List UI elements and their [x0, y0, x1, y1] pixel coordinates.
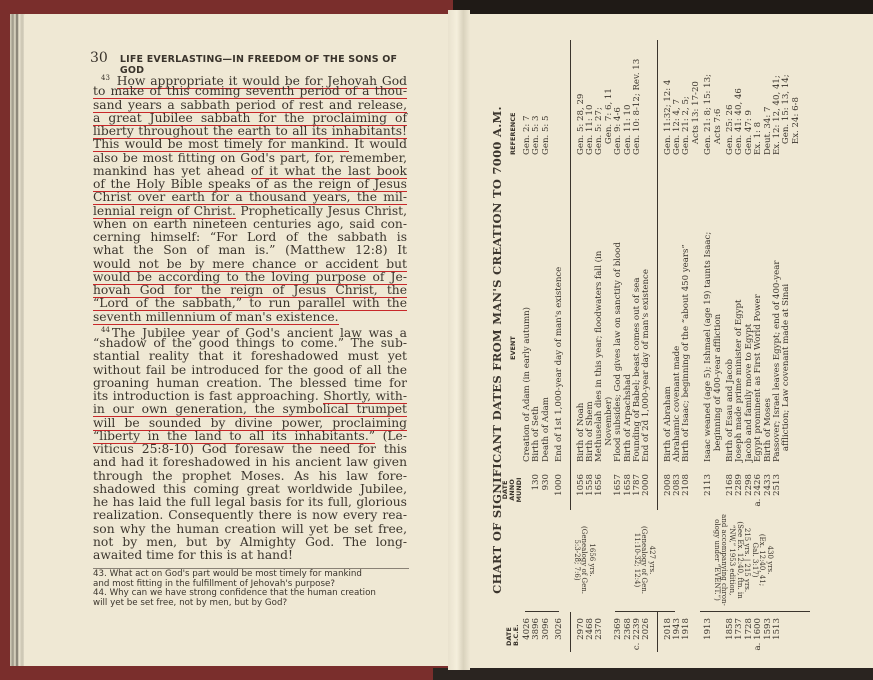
table-row: 20262000End of 2d 1,000-year day of man'…: [642, 40, 651, 660]
header-reference: REFERENCE: [510, 113, 517, 155]
text-line: would be according to the loving purpose…: [93, 271, 407, 284]
section-divider: [565, 40, 577, 660]
reference: Acts 7:6: [714, 40, 723, 155]
book-gutter: [448, 10, 470, 670]
text-line: son why the human creation will yet be s…: [93, 523, 407, 536]
date-bce: 2026: [642, 618, 651, 658]
underlined-text: to make of this coming seventh period of…: [93, 84, 407, 99]
plain-text: awaited time for this is at hand!: [93, 548, 293, 562]
text-line: 43 How appropriate it would be for Jehov…: [93, 72, 407, 85]
chart-title: CHART OF SIGNIFICANT DATES FROM MAN'S CR…: [490, 40, 504, 660]
event: Death of Adam: [542, 162, 551, 462]
plain-text: cerning himself: “For Lord of the sabbat…: [93, 230, 407, 244]
plain-text: not by men, but by Almighty God. The lon…: [93, 535, 407, 549]
date-am: 2513: [773, 474, 782, 510]
text-line: lennial reign of Christ. Prophetically J…: [93, 205, 407, 218]
text-line: This would be most timely for mankind. I…: [93, 138, 407, 151]
plain-text: Prophetically Jesus Christ,: [236, 204, 407, 218]
plain-text: shadowed this coming great worldwide Jub…: [93, 482, 407, 496]
text-line: through the prophet Moses. As his law fo…: [93, 470, 407, 483]
date-am: 2113: [704, 474, 713, 510]
book-shadow-top: [453, 0, 873, 14]
text-line: would not be by mere chance or accident …: [93, 258, 407, 271]
text-line: 44The Jubilee year of God's ancient law …: [93, 324, 407, 337]
header-label: B.C.E.: [513, 624, 520, 646]
date-bce: 3096: [542, 618, 551, 658]
reference: Gen. 10: 8-12; Rev. 13: [633, 40, 642, 155]
event: Birth of Isaac; beginning of the “about …: [682, 162, 691, 462]
underlined-text: seventh millennium of man's existence.: [93, 310, 339, 325]
text-line: when on earth nineteen centuries ago, sa…: [93, 218, 407, 231]
book-shadow-bottom: [433, 668, 873, 680]
reference: Ex. 24: 6-8: [792, 40, 801, 155]
plain-text: stantial reality that it foreshadowed mu…: [93, 349, 407, 363]
plain-text: he has laid the full legal basis for its…: [93, 495, 407, 509]
text-line: without fail be introduced for the good …: [93, 364, 407, 377]
text-line: shadowed this coming great worldwide Jub…: [93, 483, 407, 496]
date-bce: 1913: [704, 618, 713, 658]
text-line: in our own generation, the symbolical tr…: [93, 403, 407, 416]
text-line: viticus 25:8-10) God foresaw the need fo…: [93, 443, 407, 456]
table-row: Acts 13: 17-20: [692, 40, 701, 660]
table-row: 3096930Death of AdamGen. 5: 5: [542, 40, 551, 660]
text-line: to make of this coming seventh period of…: [93, 85, 407, 98]
chart-rows: 4026Creation of Adam (in early autumn)Ge…: [523, 40, 801, 660]
text-line: “liberty in the land to all its inhabita…: [93, 430, 407, 443]
text-line: realization. Consequently there is now e…: [93, 509, 407, 522]
plain-text: It would: [349, 137, 407, 151]
plain-text: through the prophet Moses. As his law fo…: [93, 469, 407, 483]
question-line: will yet be set free, not by men, but by…: [93, 599, 409, 609]
date-am: 930: [542, 474, 551, 510]
header-anno-mundi: DATE ANNO MUNDI: [502, 470, 523, 510]
text-line: he has laid the full legal basis for its…: [93, 496, 407, 509]
header-label: ANNO MUNDI: [509, 470, 523, 510]
plain-text: its introduction is fast approaching.: [93, 389, 323, 403]
event: beginning of 400-year affliction: [714, 162, 723, 462]
text-line: and had it foreshadowed in his ancient l…: [93, 456, 407, 469]
text-line: mankind has yet ahead of it what the las…: [93, 165, 407, 178]
text-line: not by men, but by Almighty God. The lon…: [93, 536, 407, 549]
text-line: seventh millennium of man's existence.: [93, 311, 407, 324]
reference: Acts 13: 17-20: [692, 40, 701, 155]
plain-text: mankind has yet ahead: [93, 164, 251, 178]
study-questions: 43. What act on God's part would be most…: [93, 568, 409, 608]
plain-text: (Le-: [375, 429, 407, 443]
text-line: “shadow of the good things to come.” The…: [93, 337, 407, 350]
date-am: 1656: [595, 474, 604, 510]
text-line: also be most fitting on God's part, for,…: [93, 152, 407, 165]
body-text: 43 How appropriate it would be for Jehov…: [93, 72, 407, 562]
table-row: beginning of 400-year affliction Acts 7:…: [714, 40, 723, 660]
page-number: 30: [90, 50, 108, 66]
event: End of 2d 1,000-year day of man's existe…: [642, 162, 651, 462]
text-line: cerning himself: “For Lord of the sabbat…: [93, 231, 407, 244]
date-bce: 1513: [773, 618, 782, 658]
header-bce: DATE B.C.E.: [506, 624, 520, 646]
text-line: stantial reality that it foreshadowed mu…: [93, 350, 407, 363]
paragraph-number: 44: [101, 326, 110, 334]
event: affliction; Law covenant made at Sinai: [782, 162, 791, 462]
underlined-text: “Lord of the sabbath,” to run parallel w…: [93, 296, 407, 311]
plain-text: what the Son of man is.” (Matthew 12:8) …: [93, 243, 407, 257]
text-line: its introduction is fast approaching. Sh…: [93, 390, 407, 403]
date-bce: 3026: [555, 618, 564, 658]
section-divider: [652, 40, 664, 660]
event: End of 1st 1,000-year day of man's exist…: [555, 162, 564, 462]
table-row: Ex. 24: 6-8: [792, 40, 801, 660]
plain-text: without fail be introduced for the good …: [93, 363, 407, 377]
text-line: what the Son of man is.” (Matthew 12:8) …: [93, 244, 407, 257]
text-line: “Lord of the sabbath,” to run parallel w…: [93, 297, 407, 310]
date-bce: 1918: [682, 618, 691, 658]
plain-text: when on earth nineteen centuries ago, sa…: [93, 217, 407, 231]
header-event: EVENT: [510, 336, 517, 360]
paragraph-number: 43: [101, 74, 110, 82]
plain-text: groaning human creation. The blessed tim…: [93, 376, 407, 390]
text-line: of the Holy Bible speaks of as the reign…: [93, 178, 407, 191]
text-line: Christ over earth for a thousand years, …: [93, 191, 407, 204]
text-line: liberty throughout the earth to all its …: [93, 125, 407, 138]
text-line: a great Jubilee sabbath for the proclaim…: [93, 112, 407, 125]
text-line: sand years a sabbath period of rest and …: [93, 99, 407, 112]
date-am: 2000: [642, 474, 651, 510]
text-line: will be sounded by divine power, proclai…: [93, 417, 407, 430]
text-line: groaning human creation. The blessed tim…: [93, 377, 407, 390]
date-am: 1000: [555, 474, 564, 510]
plain-text: viticus 25:8-10) God foresaw the need fo…: [93, 442, 407, 456]
date-am: 2108: [682, 474, 691, 510]
text-line: awaited time for this is at hand!: [93, 549, 407, 562]
reference: Gen. 5: 5: [542, 40, 551, 155]
plain-text: and had it foreshadowed in his ancient l…: [93, 455, 407, 469]
table-row: 30261000End of 1st 1,000-year day of man…: [555, 40, 564, 660]
plain-text: realization. Consequently there is now e…: [93, 508, 407, 522]
plain-text: son why the human creation will yet be s…: [93, 522, 407, 536]
text-line: hovah God for the reign of Jesus Christ,…: [93, 284, 407, 297]
dates-chart: CHART OF SIGNIFICANT DATES FROM MAN'S CR…: [490, 40, 865, 660]
plain-text: “shadow of the good things to come.” The…: [93, 336, 407, 350]
plain-text: also be most fitting on God's part, for,…: [93, 151, 407, 165]
date-bce: 2370: [595, 618, 604, 658]
underlined-text: in our own generation, the symbolical tr…: [93, 402, 407, 417]
